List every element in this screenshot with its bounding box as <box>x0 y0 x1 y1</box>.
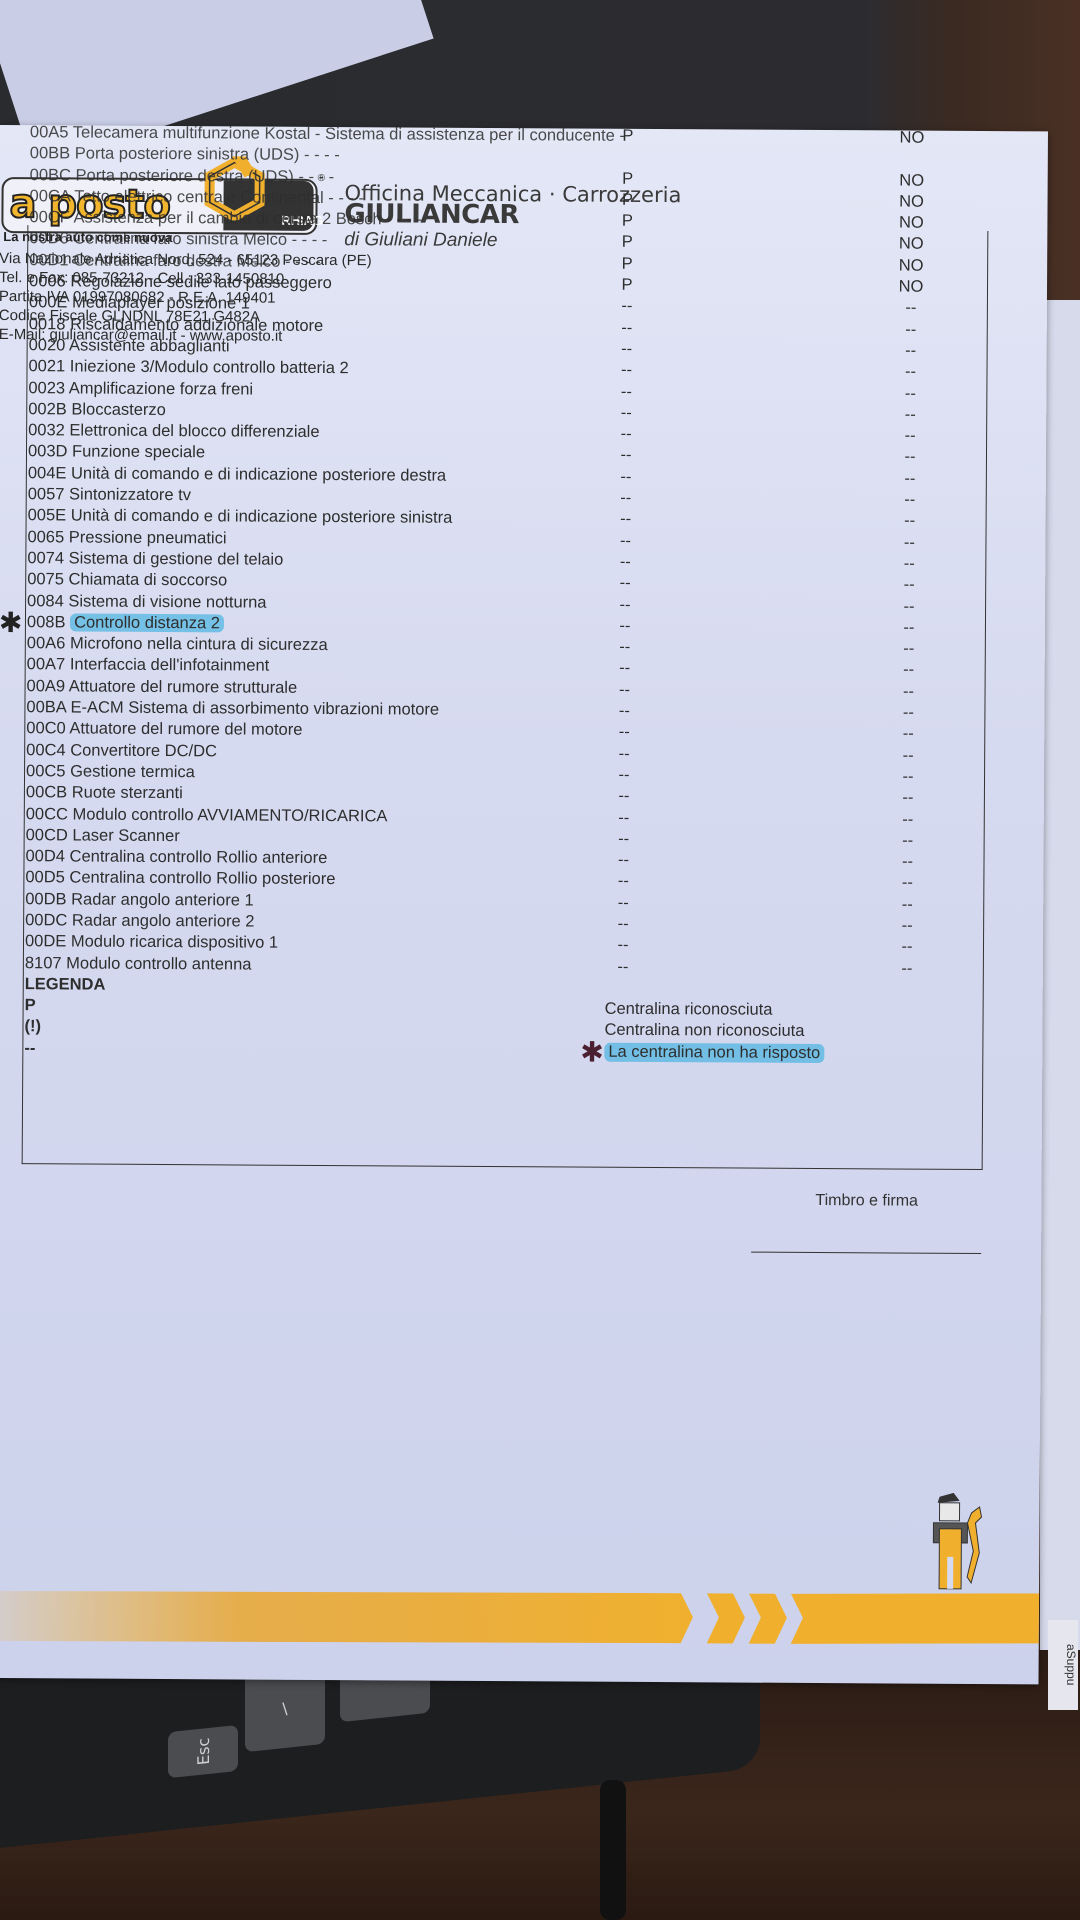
status-p-cell: -- <box>614 744 634 763</box>
module-label: 00A5 Telecamera multifunzione Kostal - S… <box>30 123 625 146</box>
status-no-cell: -- <box>890 384 930 403</box>
status-no-cell: -- <box>888 746 928 765</box>
module-label: 00CF Assistenza per il cambio di corsia … <box>29 208 422 229</box>
module-label: 00A9 Attuatore del rumore strutturale <box>27 677 298 698</box>
module-label: 00D4 Centralina controllo Rollio anterio… <box>25 847 327 868</box>
module-code: 00A5 <box>30 123 69 141</box>
status-p-cell: -- <box>615 531 635 550</box>
module-name: Mediaplayer posizione 1 <box>72 294 250 313</box>
status-p-cell: -- <box>614 787 634 806</box>
legend-symbol: (!) <box>24 1018 41 1037</box>
module-label: 00A6 Microfono nella cintura di sicurezz… <box>27 634 328 655</box>
module-label: 0023 Amplificazione forza freni <box>28 379 253 399</box>
module-label: 0021 Iniezione 3/Modulo controllo batter… <box>28 357 348 378</box>
status-p-cell: -- <box>616 468 636 487</box>
module-label: 0084 Sistema di visione notturna <box>27 592 267 612</box>
status-no-cell: -- <box>890 448 930 467</box>
legend-description: La centralina non ha risposto <box>604 1042 824 1062</box>
legend-description: Centralina non riconosciuta <box>604 1021 804 1041</box>
module-name: Regolazione sedile lato passeggero <box>70 273 332 293</box>
module-name: Chiamata di soccorso <box>68 571 227 590</box>
status-no-cell: -- <box>891 320 931 339</box>
module-code: 00BB <box>30 144 70 162</box>
module-code: 00DC <box>25 911 67 929</box>
module-code: 003D <box>28 443 68 461</box>
status-no-cell: NO <box>891 278 931 297</box>
status-p-cell: -- <box>616 446 636 465</box>
module-name: Elettronica del blocco differenziale <box>69 422 319 442</box>
module-code: 00A7 <box>27 656 66 674</box>
module-name: Interfaccia dell'infotainment <box>70 656 270 675</box>
module-name: Unità di comando e di indicazione poster… <box>71 507 453 527</box>
status-p-cell: -- <box>614 702 634 721</box>
status-p-cell: -- <box>613 872 633 891</box>
status-no-cell: -- <box>890 363 930 382</box>
module-label: 0057 Sintonizzatore tv <box>28 485 191 505</box>
module-name: Attuatore del rumore strutturale <box>69 677 297 696</box>
status-no-cell: NO <box>891 256 931 275</box>
module-name: Ruote sterzanti <box>72 784 183 803</box>
module-code: 0018 <box>29 315 66 333</box>
module-code: 00CD <box>26 826 68 844</box>
status-p-cell: -- <box>617 340 637 359</box>
module-code: 000E <box>29 294 68 312</box>
module-label: 00D1 Centralina faro destra Melco - - - … <box>29 251 321 272</box>
module-code: 00C5 <box>26 762 66 780</box>
module-label: 0075 Chiamata di soccorso <box>27 570 227 590</box>
module-label: 004E Unità di comando e di indicazione p… <box>28 464 446 486</box>
module-name: E-ACM Sistema di assorbimento vibrazioni… <box>70 698 439 718</box>
status-p-cell: -- <box>613 851 633 870</box>
module-code: 0065 <box>27 528 64 546</box>
module-label: 0018 Riscaldamento addizionale motore <box>29 315 324 336</box>
module-name: Centralina controllo Rollio anteriore <box>70 848 328 868</box>
status-no-cell: -- <box>888 789 928 808</box>
status-p-cell: -- <box>615 574 635 593</box>
module-name: Sintonizzatore tv <box>69 485 191 504</box>
status-p-cell: -- <box>615 659 635 678</box>
status-no-cell: -- <box>890 427 930 446</box>
module-label: 0074 Sistema di gestione del telaio <box>27 549 283 570</box>
status-no-cell: -- <box>889 554 929 573</box>
diagnostic-report-paper: a posto RHIAG ® La nostra auto come nuov… <box>0 125 1048 1684</box>
status-no-cell: NO <box>891 214 931 233</box>
module-label: 005E Unità di comando e di indicazione p… <box>28 507 453 529</box>
module-name: Porta posteriore sinistra (UDS) - - - - <box>75 145 340 165</box>
module-label: 0006 Regolazione sedile lato passeggero <box>29 272 332 293</box>
status-no-cell: -- <box>890 512 930 531</box>
status-no-cell: -- <box>888 810 928 829</box>
status-no-cell: NO <box>891 192 931 211</box>
module-label: 008B Controllo distanza 2 <box>27 613 224 633</box>
status-no-cell: -- <box>891 341 931 360</box>
signature-line <box>751 1252 981 1254</box>
key-esc: Esc <box>168 1725 238 1778</box>
module-label: 003D Funzione speciale <box>28 443 205 463</box>
module-name: Bloccasterzo <box>71 400 166 419</box>
module-code: 00D5 <box>25 869 65 887</box>
module-name: Controllo distanza 2 <box>70 613 224 632</box>
status-no-cell: -- <box>887 916 927 935</box>
status-no-cell: -- <box>890 469 930 488</box>
module-name: Pressione pneumatici <box>69 528 227 547</box>
module-code: 0057 <box>28 485 65 503</box>
status-p-cell: -- <box>613 957 633 976</box>
status-p-cell: -- <box>614 830 634 849</box>
status-no-cell: NO <box>892 171 932 190</box>
module-name: Porta posteriore destra (UDS) - - - - <box>76 166 335 186</box>
module-label: 00BC Porta posteriore destra (UDS) - - -… <box>30 166 335 187</box>
module-name: Amplificazione forza freni <box>69 379 253 398</box>
status-no-cell: -- <box>888 703 928 722</box>
status-no-cell: NO <box>891 235 931 254</box>
side-label-tab: aSuppu <box>1048 1620 1078 1710</box>
module-label: 00CC Modulo controllo AVVIAMENTO/RICARIC… <box>26 805 388 826</box>
module-code: 005E <box>28 507 67 525</box>
module-code: 00DE <box>25 932 66 950</box>
module-label: 00C5 Gestione termica <box>26 762 195 782</box>
status-p-cell: -- <box>616 404 636 423</box>
module-name: Convertitore DC/DC <box>70 741 217 760</box>
module-code: 00A9 <box>27 677 66 695</box>
status-p-cell: -- <box>614 808 634 827</box>
legend-symbol: P <box>25 996 36 1015</box>
legend-description: Centralina riconosciuta <box>605 1000 773 1020</box>
status-no-cell: -- <box>888 831 928 850</box>
status-p-cell: -- <box>614 766 634 785</box>
module-code: 00DB <box>25 890 66 908</box>
status-no-cell: -- <box>887 895 927 914</box>
module-label: 00C0 Attuatore del rumore del motore <box>26 719 302 740</box>
module-label: 00C4 Convertitore DC/DC <box>26 741 217 761</box>
status-p-cell: -- <box>615 617 635 636</box>
module-label: 0032 Elettronica del blocco differenzial… <box>28 421 320 442</box>
status-p-cell: -- <box>615 553 635 572</box>
status-no-cell: -- <box>889 576 929 595</box>
module-label: 0020 Assistente abbaglianti <box>29 336 230 356</box>
mechanic-mascot-icon <box>909 1493 1000 1594</box>
modules-table: 00A5 Telecamera multifunzione Kostal - S… <box>24 223 989 1066</box>
status-p-cell: -- <box>615 595 635 614</box>
background-side-sheet <box>1040 300 1080 1700</box>
status-p-cell: P <box>617 212 637 231</box>
module-name: Assistenza per il cambio di corsia 2 Bos… <box>73 209 422 229</box>
module-code: 0006 <box>29 272 66 290</box>
module-name: Centralina faro sinistra Melco - - - - <box>73 230 327 250</box>
status-no-cell: -- <box>887 938 927 957</box>
module-name: Radar angolo anteriore 1 <box>71 890 254 909</box>
module-code: 00D1 <box>29 251 69 269</box>
status-p-cell: -- <box>616 361 636 380</box>
status-p-cell: -- <box>616 382 636 401</box>
module-name: Attuatore del rumore del motore <box>69 720 302 739</box>
status-p-cell: P <box>617 255 637 274</box>
status-no-cell: -- <box>891 299 931 318</box>
module-name: Centralina faro destra Melco - - - - <box>73 251 321 271</box>
module-label: 00BB Porta posteriore sinistra (UDS) - -… <box>30 144 340 165</box>
module-code: 0074 <box>27 549 64 567</box>
module-code: 00CF <box>29 208 69 226</box>
module-code: 0032 <box>28 421 65 439</box>
status-no-cell: -- <box>888 725 928 744</box>
status-p-cell: P <box>618 169 638 188</box>
module-name: Radar angolo anteriore 2 <box>72 911 255 930</box>
module-label: 00CD Laser Scanner <box>26 826 180 846</box>
status-p-cell: -- <box>614 723 634 742</box>
module-name: Assistente abbaglianti <box>69 336 230 355</box>
module-code: 00BA <box>26 698 66 716</box>
module-name: Riscaldamento addizionale motore <box>70 315 323 335</box>
module-code: 00CC <box>26 805 68 823</box>
module-label: 00DC Radar angolo anteriore 2 <box>25 911 254 931</box>
module-code: 00C0 <box>26 719 66 737</box>
module-name: Funzione speciale <box>72 443 205 462</box>
module-code: 00C4 <box>26 741 66 759</box>
module-name: Sistema di gestione del telaio <box>69 549 284 568</box>
module-label: 0065 Pressione pneumatici <box>27 528 226 548</box>
legend-symbol: -- <box>24 1039 35 1058</box>
module-code: 00CB <box>26 783 67 801</box>
module-label: 000E Mediaplayer posizione 1 <box>29 294 250 314</box>
status-no-cell: -- <box>889 661 929 680</box>
module-name: Sistema di visione notturna <box>68 592 266 611</box>
module-name: Telecamera multifunzione Kostal - Sistem… <box>73 123 625 144</box>
module-name: Tetto elettrico centrale Continental - -… <box>74 187 364 207</box>
module-code: 00D4 <box>25 847 65 865</box>
module-name: Modulo controllo AVVIAMENTO/RICARICA <box>73 805 388 825</box>
module-label: 8107 Modulo controllo antenna <box>25 954 252 974</box>
module-name: Iniezione 3/Modulo controllo batteria 2 <box>70 358 349 378</box>
status-no-cell: -- <box>887 959 927 978</box>
module-name: Unità di comando e di indicazione poster… <box>71 464 446 484</box>
status-no-cell: -- <box>888 767 928 786</box>
module-code: 0021 <box>28 357 65 375</box>
status-p-cell: P <box>617 276 637 295</box>
status-no-cell: -- <box>890 490 930 509</box>
status-no-cell: -- <box>889 640 929 659</box>
status-p-cell: -- <box>617 318 637 337</box>
module-code: 004E <box>28 464 67 482</box>
status-p-cell: -- <box>617 297 637 316</box>
module-name: Laser Scanner <box>72 826 179 845</box>
status-p-cell: P <box>617 191 637 210</box>
status-p-cell: -- <box>615 638 635 657</box>
status-no-cell: -- <box>889 597 929 616</box>
status-no-cell: -- <box>889 618 929 637</box>
handwritten-asterisk-icon: ✱ <box>580 1042 604 1062</box>
status-p-cell: -- <box>616 510 636 529</box>
status-p-cell: P <box>617 233 637 252</box>
module-code: 0023 <box>28 379 65 397</box>
status-no-cell: -- <box>889 533 929 552</box>
module-code: 00CA <box>30 187 70 205</box>
signature-label: Timbro e firma <box>815 1192 918 1211</box>
module-label: 00BA E-ACM Sistema di assorbimento vibra… <box>26 698 439 720</box>
status-p-cell: -- <box>613 936 633 955</box>
status-p-cell: -- <box>616 425 636 444</box>
module-code: 00BC <box>30 166 71 184</box>
module-label: 00A7 Interfaccia dell'infotainment <box>27 656 270 676</box>
module-label: 00CA Tetto elettrico centrale Continenta… <box>30 187 365 208</box>
module-code: 0075 <box>27 570 64 588</box>
module-code: 00A6 <box>27 634 66 652</box>
module-label: 00DB Radar angolo anteriore 1 <box>25 890 254 910</box>
module-name: Modulo ricarica dispositivo 1 <box>71 933 278 952</box>
status-p-cell: P <box>618 127 638 146</box>
status-p-cell: -- <box>613 893 633 912</box>
module-label: 00D6 Centralina faro sinistra Melco - - … <box>29 230 327 251</box>
status-p-cell: -- <box>613 915 633 934</box>
status-no-cell: NO <box>892 128 932 147</box>
status-no-cell: -- <box>890 405 930 424</box>
module-name: Centralina controllo Rollio posteriore <box>69 869 335 889</box>
module-label: 00CB Ruote sterzanti <box>26 783 183 803</box>
module-code: 002B <box>28 400 67 418</box>
module-name: Gestione termica <box>70 762 195 781</box>
module-name: Microfono nella cintura di sicurezza <box>70 635 328 655</box>
module-code: 008B <box>27 613 66 631</box>
module-code: 8107 <box>25 954 62 972</box>
cable <box>600 1780 626 1920</box>
status-no-cell: -- <box>887 874 927 893</box>
status-p-cell: -- <box>615 680 635 699</box>
module-code: 0084 <box>27 592 64 610</box>
status-no-cell: -- <box>888 682 928 701</box>
handwritten-asterisk-icon: ✱ <box>0 613 22 633</box>
status-p-cell: -- <box>616 489 636 508</box>
module-code: 00D6 <box>29 230 69 248</box>
module-label: 00DE Modulo ricarica dispositivo 1 <box>25 932 278 953</box>
status-no-cell: -- <box>887 853 927 872</box>
module-name: Modulo controllo antenna <box>66 954 251 973</box>
footer-stripe <box>0 1587 1039 1647</box>
module-label: 00D5 Centralina controllo Rollio posteri… <box>25 869 335 890</box>
module-label: 002B Bloccasterzo <box>28 400 166 420</box>
module-code: 0020 <box>29 336 66 354</box>
legend-title: LEGENDA <box>25 975 106 994</box>
